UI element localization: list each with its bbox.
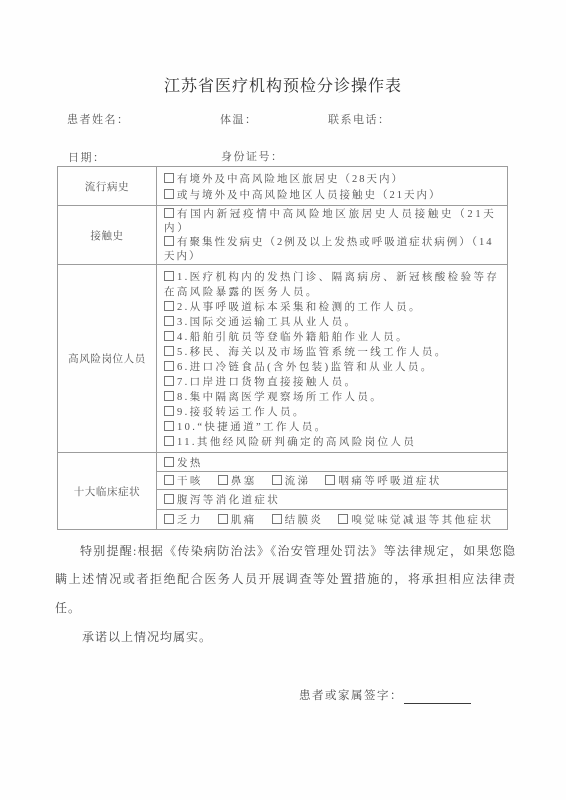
temperature-input[interactable] <box>258 113 318 127</box>
checkbox-icon[interactable] <box>272 475 282 485</box>
checkbox-icon[interactable] <box>164 457 174 467</box>
checkbox-icon[interactable] <box>164 514 174 524</box>
option-text: 4.船舶引航员等登临外籍船舶作业人员。 <box>177 332 409 343</box>
option-text: 有聚集性发病史（2例及以上发热或呼吸道症状病例）（14天内） <box>164 237 494 262</box>
legal-notice-line: 瞒上述情况或者拒绝配合医务人员开展调查等处置措施的，将承担相应法律责 <box>55 571 516 587</box>
option-item[interactable]: 5.移民、海关以及市场监管系统一线工作人员。 <box>164 345 504 360</box>
checkbox-icon[interactable] <box>164 346 174 356</box>
checkbox-icon[interactable] <box>164 189 174 199</box>
checkbox-icon[interactable] <box>218 475 228 485</box>
option-text: 6.进口冷链食品(含外包装)监管和从业人员。 <box>177 362 434 373</box>
option-item[interactable]: 1.医疗机构内的发热门诊、隔离病房、新冠核酸检验等存在高风险暴露的医务人员。 <box>164 270 504 300</box>
checkbox-icon[interactable] <box>325 475 335 485</box>
option-item[interactable]: 发热 <box>164 455 203 470</box>
symptom-row: 干咳鼻塞流涕咽痛等呼吸道症状 <box>157 472 508 490</box>
symptom-row: 乏力肌痛结膜炎嗅觉味觉减退等其他症状 <box>157 510 508 530</box>
option-item[interactable]: 有聚集性发病史（2例及以上发热或呼吸道症状病例）（14天内） <box>164 236 504 264</box>
option-item[interactable]: 乏力 <box>164 512 203 527</box>
signature-label: 患者或家属签字： <box>299 689 403 704</box>
option-text: 或与境外及中高风险地区人员接触史（21天内） <box>177 190 442 201</box>
option-text: 有境外及中高风险地区旅居史（28天内） <box>177 174 404 185</box>
promise-statement: 承诺以上情况均属实。 <box>82 629 212 645</box>
temperature-label: 体温： <box>220 114 258 126</box>
option-item[interactable]: 干咳 <box>164 473 203 488</box>
section-options: 有国内新冠疫情中高风险地区旅居史人员接触史（21天内） 有聚集性发病史（2例及以… <box>157 206 508 265</box>
date-field: 日期： <box>68 151 196 165</box>
option-text: 1.医疗机构内的发热门诊、隔离病房、新冠核酸检验等存在高风险暴露的医务人员。 <box>164 272 499 298</box>
checkbox-icon[interactable] <box>164 331 174 341</box>
checkbox-icon[interactable] <box>164 316 174 326</box>
option-text: 结膜炎 <box>285 515 324 526</box>
option-text: 腹泻等消化道症状 <box>177 495 280 506</box>
checkbox-icon[interactable] <box>164 494 174 504</box>
temperature-field: 体温： <box>220 113 318 127</box>
option-item[interactable]: 流涕 <box>272 473 311 488</box>
patient-name-label: 患者姓名： <box>67 114 130 126</box>
option-text: 咽痛等呼吸道症状 <box>338 476 441 487</box>
option-item[interactable]: 腹泻等消化道症状 <box>164 492 280 507</box>
symptom-row: 发热 <box>157 453 508 472</box>
option-item[interactable]: 有国内新冠疫情中高风险地区旅居史人员接触史（21天内） <box>164 208 504 236</box>
checkbox-icon[interactable] <box>164 361 174 371</box>
option-text: 9.接驳转运工作人员。 <box>177 407 306 418</box>
option-text: 10.“快捷通道”工作人员。 <box>177 422 328 433</box>
screening-table: 流行病史 有境外及中高风险地区旅居史（28天内） 或与境外及中高风险地区人员接触… <box>57 166 508 530</box>
checkbox-icon[interactable] <box>164 421 174 431</box>
checkbox-icon[interactable] <box>164 301 174 311</box>
option-text: 2.从事呼吸道标本采集和检测的工作人员。 <box>177 302 422 313</box>
option-item[interactable]: 7.口岸进口货物直接接触人员。 <box>164 375 504 390</box>
checkbox-icon[interactable] <box>218 514 228 524</box>
legal-notice-line: 任。 <box>55 600 81 616</box>
id-number-input[interactable] <box>284 150 464 164</box>
option-text: 发热 <box>177 458 203 469</box>
option-text: 肌痛 <box>231 515 257 526</box>
section-high-risk-occupation: 高风险岗位人员 1.医疗机构内的发热门诊、隔离病房、新冠核酸检验等存在高风险暴露… <box>58 265 508 453</box>
symptom-row: 腹泻等消化道症状 <box>157 490 508 510</box>
checkbox-icon[interactable] <box>164 391 174 401</box>
option-item[interactable]: 3.国际交通运输工具从业人员。 <box>164 315 504 330</box>
option-text: 干咳 <box>177 476 203 487</box>
checkbox-icon[interactable] <box>164 271 174 281</box>
option-item[interactable]: 嗅觉味觉减退等其他症状 <box>338 512 493 527</box>
phone-label: 联系电话： <box>328 114 391 126</box>
phone-input[interactable] <box>391 113 491 127</box>
signature-input[interactable] <box>404 690 471 704</box>
section-options: 1.医疗机构内的发热门诊、隔离病房、新冠核酸检验等存在高风险暴露的医务人员。 2… <box>157 265 508 453</box>
id-number-field: 身份证号： <box>221 150 464 164</box>
option-text: 有国内新冠疫情中高风险地区旅居史人员接触史（21天内） <box>164 209 497 234</box>
option-item[interactable]: 11.其他经风险研判确定的高风险岗位人员 <box>164 435 504 450</box>
option-text: 11.其他经风险研判确定的高风险岗位人员 <box>177 437 416 448</box>
section-label: 十大临床症状 <box>58 453 157 530</box>
option-item[interactable]: 8.集中隔离医学观察场所工作人员。 <box>164 390 504 405</box>
option-item[interactable]: 结膜炎 <box>272 512 324 527</box>
section-options: 有境外及中高风险地区旅居史（28天内） 或与境外及中高风险地区人员接触史（21天… <box>157 167 508 206</box>
option-text: 5.移民、海关以及市场监管系统一线工作人员。 <box>177 347 448 358</box>
checkbox-icon[interactable] <box>272 514 282 524</box>
option-item[interactable]: 4.船舶引航员等登临外籍船舶作业人员。 <box>164 330 504 345</box>
option-item[interactable]: 6.进口冷链食品(含外包装)监管和从业人员。 <box>164 360 504 375</box>
checkbox-icon[interactable] <box>164 376 174 386</box>
checkbox-icon[interactable] <box>164 436 174 446</box>
section-label: 流行病史 <box>58 167 157 206</box>
section-clinical-symptoms: 十大临床症状 发热 <box>58 453 508 472</box>
checkbox-icon[interactable] <box>164 406 174 416</box>
option-text: 流涕 <box>285 476 311 487</box>
patient-name-field: 患者姓名： <box>67 113 210 127</box>
option-text: 嗅觉味觉减退等其他症状 <box>351 515 493 526</box>
option-text: 3.国际交通运输工具从业人员。 <box>177 317 357 328</box>
section-epidemiological-history: 流行病史 有境外及中高风险地区旅居史（28天内） 或与境外及中高风险地区人员接触… <box>58 167 508 206</box>
section-label: 高风险岗位人员 <box>58 265 157 453</box>
option-item[interactable]: 10.“快捷通道”工作人员。 <box>164 420 504 435</box>
option-item[interactable]: 鼻塞 <box>218 473 257 488</box>
option-item[interactable]: 咽痛等呼吸道症状 <box>325 473 441 488</box>
option-text: 7.口岸进口货物直接接触人员。 <box>177 377 357 388</box>
checkbox-icon[interactable] <box>338 514 348 524</box>
option-item[interactable]: 2.从事呼吸道标本采集和检测的工作人员。 <box>164 300 504 315</box>
checkbox-icon[interactable] <box>164 173 174 183</box>
section-contact-history: 接触史 有国内新冠疫情中高风险地区旅居史人员接触史（21天内） 有聚集性发病史（… <box>58 206 508 265</box>
section-label: 接触史 <box>58 206 157 265</box>
option-item[interactable]: 有境外及中高风险地区旅居史（28天内） <box>164 172 504 188</box>
option-text: 鼻塞 <box>231 476 257 487</box>
date-label: 日期： <box>68 152 106 164</box>
date-input[interactable] <box>106 151 196 165</box>
option-text: 8.集中隔离医学观察场所工作人员。 <box>177 392 383 403</box>
checkbox-icon[interactable] <box>164 236 174 246</box>
checkbox-icon[interactable] <box>164 208 174 218</box>
option-item[interactable]: 9.接驳转运工作人员。 <box>164 405 504 420</box>
legal-notice-line: 特别提醒:根据《传染病防治法》《治安管理处罚法》等法律规定，如果您隐 <box>80 543 516 559</box>
option-item[interactable]: 肌痛 <box>218 512 257 527</box>
option-text: 乏力 <box>177 515 203 526</box>
screening-form-page: 江苏省医疗机构预检分诊操作表 患者姓名： 体温： 联系电话： 日期： 身份证号：… <box>0 0 566 800</box>
patient-name-input[interactable] <box>130 113 210 127</box>
checkbox-icon[interactable] <box>164 475 174 485</box>
document-title: 江苏省医疗机构预检分诊操作表 <box>0 78 566 96</box>
option-item[interactable]: 或与境外及中高风险地区人员接触史（21天内） <box>164 188 504 204</box>
id-number-label: 身份证号： <box>221 151 284 163</box>
phone-field: 联系电话： <box>328 113 491 127</box>
